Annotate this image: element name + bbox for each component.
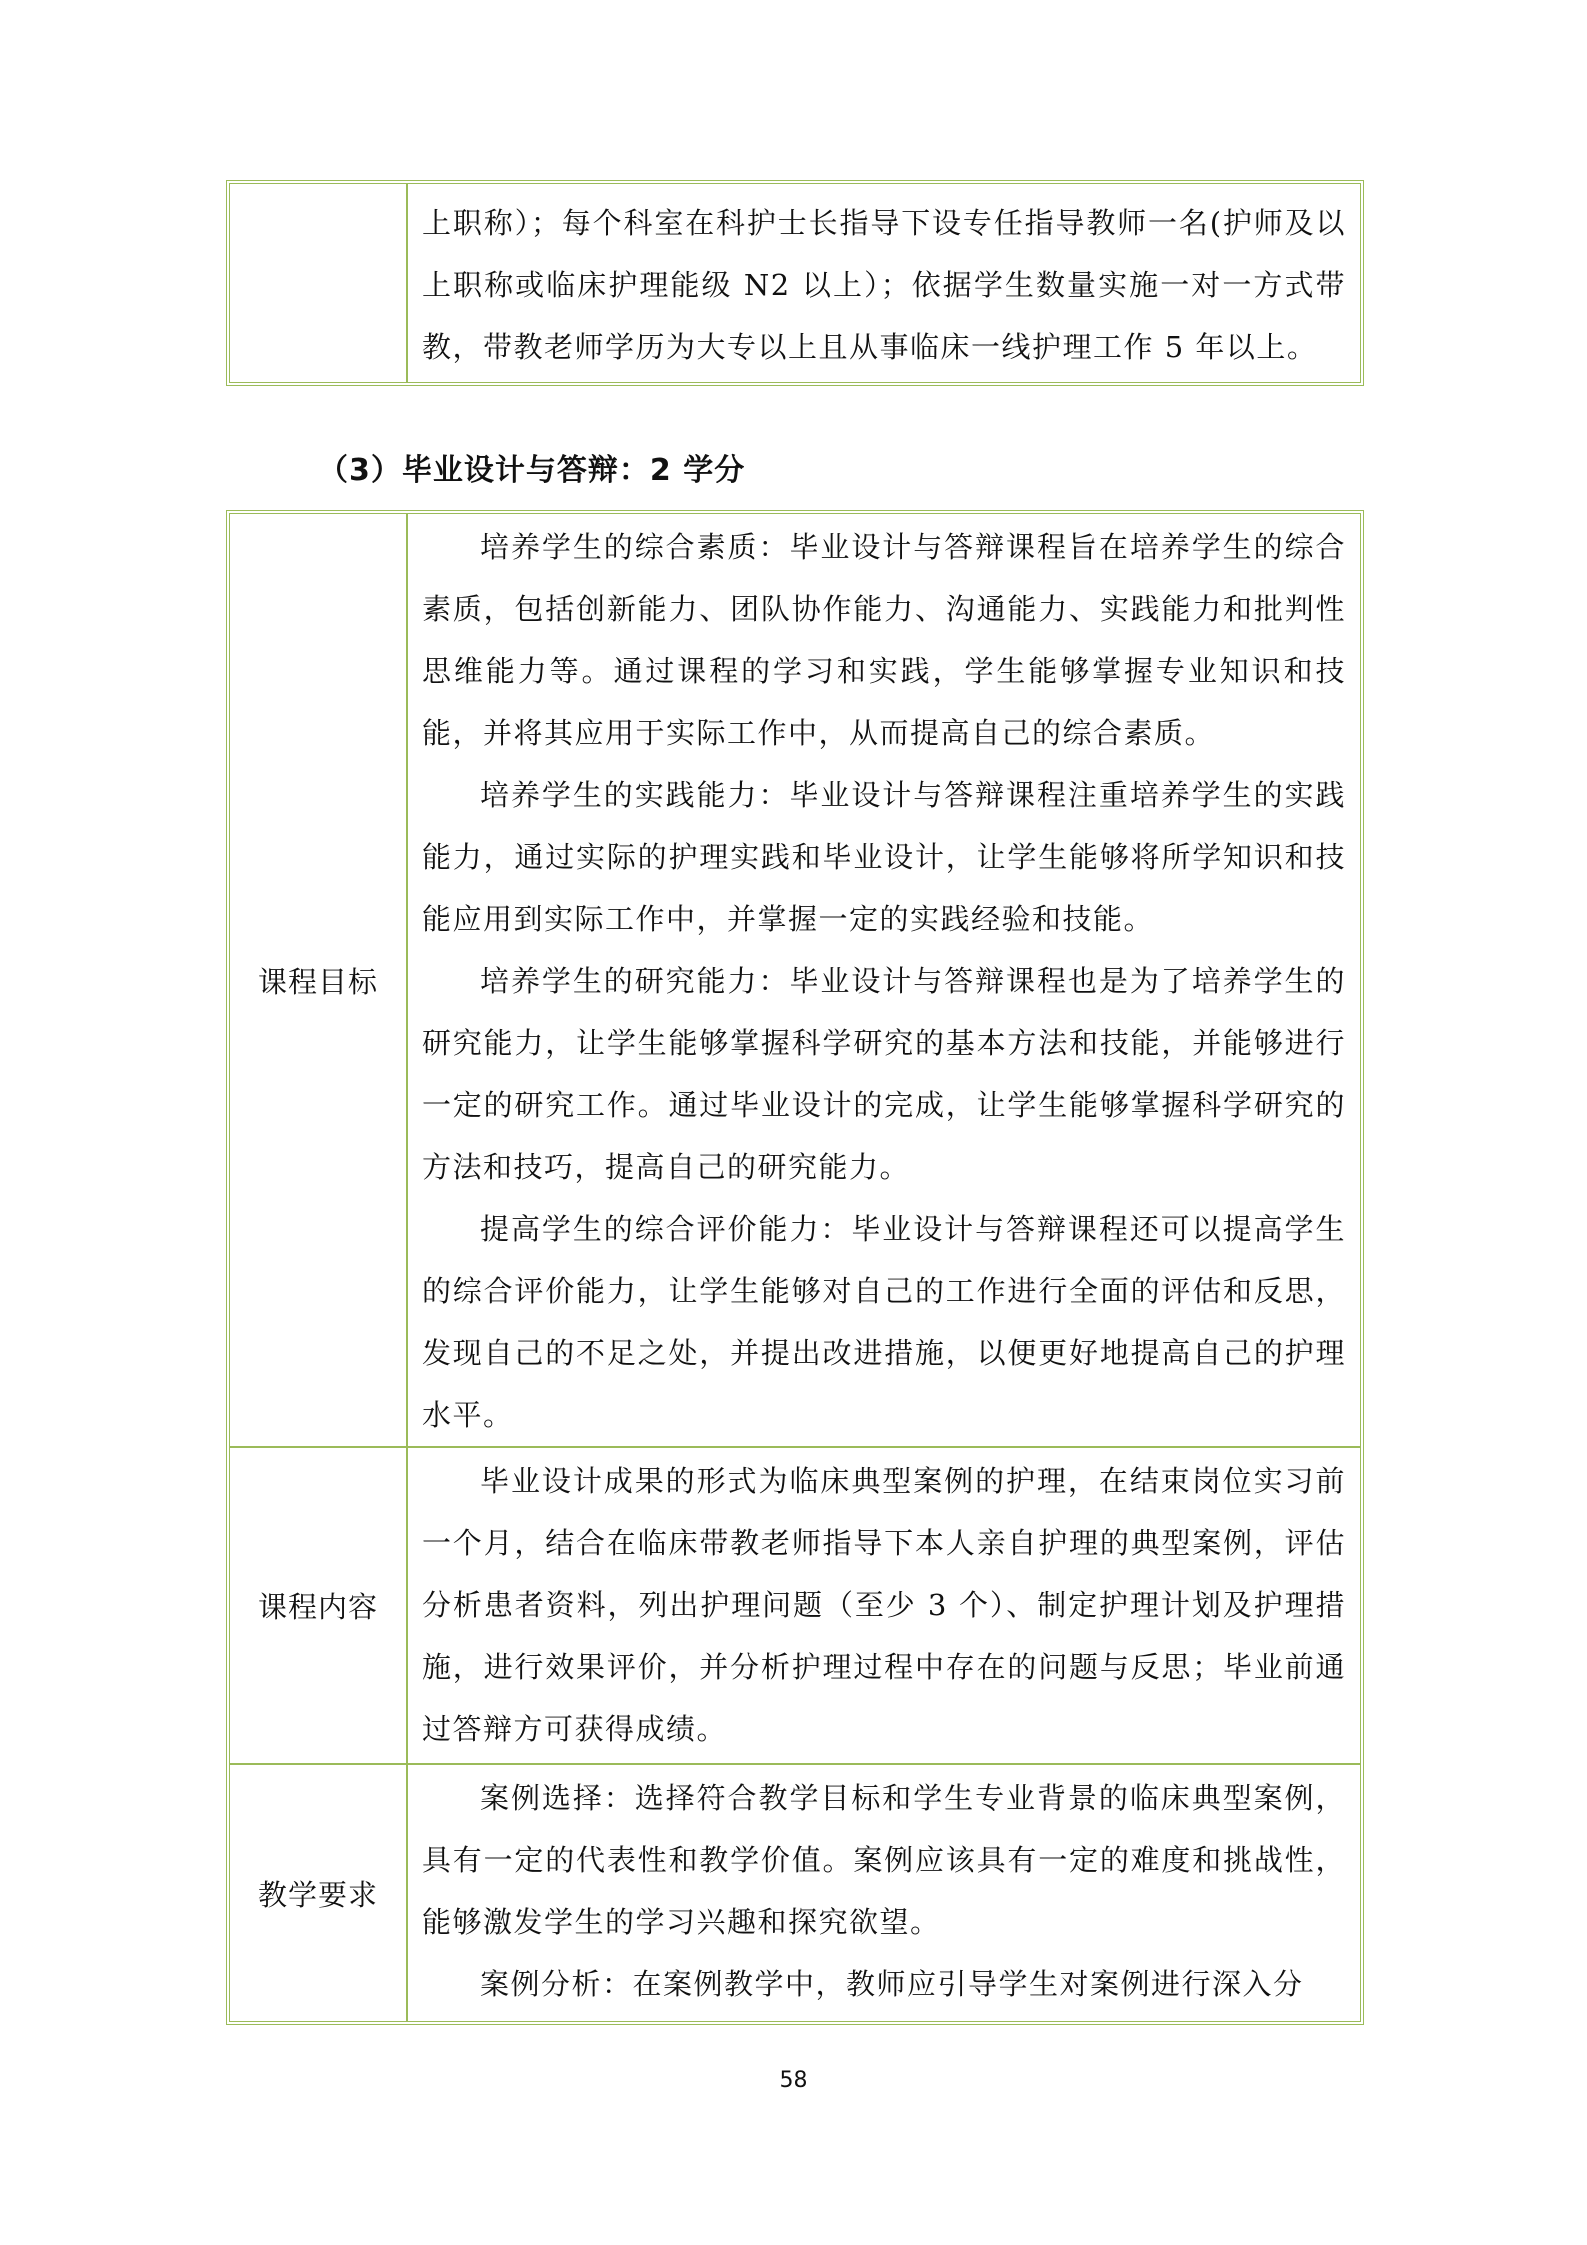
paragraph: 案例选择：选择符合教学目标和学生专业背景的临床典型案例，具有一定的代表性和教学价…: [422, 1767, 1346, 1953]
paragraph: 毕业设计成果的形式为临床典型案例的护理，在结束岗位实习前一个月，结合在临床带教老…: [422, 1450, 1346, 1760]
paragraph: 培养学生的综合素质：毕业设计与答辩课程旨在培养学生的综合素质，包括创新能力、团队…: [422, 516, 1346, 764]
continued-table: 上职称）；每个科室在科护士长指导下设专任指导教师一名(护师及以上职称或临床护理能…: [226, 180, 1364, 386]
table-row-course-goals: 课程目标 培养学生的综合素质：毕业设计与答辩课程旨在培养学生的综合素质，包括创新…: [230, 514, 1360, 1446]
row-content: 上职称）；每个科室在科护士长指导下设专任指导教师一名(护师及以上职称或临床护理能…: [408, 184, 1360, 382]
document-page: 上职称）；每个科室在科护士长指导下设专任指导教师一名(护师及以上职称或临床护理能…: [0, 0, 1587, 2245]
paragraph: 培养学生的实践能力：毕业设计与答辩课程注重培养学生的实践能力，通过实际的护理实践…: [422, 764, 1346, 950]
table-row: 上职称）；每个科室在科护士长指导下设专任指导教师一名(护师及以上职称或临床护理能…: [230, 184, 1360, 382]
row-label: 教学要求: [230, 1765, 408, 2021]
row-label: 课程内容: [230, 1448, 408, 1763]
row-label: [230, 184, 408, 382]
row-content: 案例选择：选择符合教学目标和学生专业背景的临床典型案例，具有一定的代表性和教学价…: [408, 1765, 1360, 2021]
section-heading: （3）毕业设计与答辩：2 学分: [318, 445, 745, 489]
paragraph: 上职称）；每个科室在科护士长指导下设专任指导教师一名(护师及以上职称或临床护理能…: [422, 192, 1346, 378]
table-row-course-content: 课程内容 毕业设计成果的形式为临床典型案例的护理，在结束岗位实习前一个月，结合在…: [230, 1446, 1360, 1763]
row-label: 课程目标: [230, 514, 408, 1446]
paragraph: 提高学生的综合评价能力：毕业设计与答辩课程还可以提高学生的综合评价能力，让学生能…: [422, 1198, 1346, 1446]
paragraph: 培养学生的研究能力：毕业设计与答辩课程也是为了培养学生的研究能力，让学生能够掌握…: [422, 950, 1346, 1198]
table-row-teaching-requirements: 教学要求 案例选择：选择符合教学目标和学生专业背景的临床典型案例，具有一定的代表…: [230, 1763, 1360, 2021]
paragraph: 案例分析：在案例教学中，教师应引导学生对案例进行深入分: [422, 1953, 1346, 2015]
course-table: 课程目标 培养学生的综合素质：毕业设计与答辩课程旨在培养学生的综合素质，包括创新…: [226, 510, 1364, 2025]
row-content: 毕业设计成果的形式为临床典型案例的护理，在结束岗位实习前一个月，结合在临床带教老…: [408, 1448, 1360, 1763]
row-content: 培养学生的综合素质：毕业设计与答辩课程旨在培养学生的综合素质，包括创新能力、团队…: [408, 514, 1360, 1446]
page-number: 58: [0, 2068, 1587, 2093]
